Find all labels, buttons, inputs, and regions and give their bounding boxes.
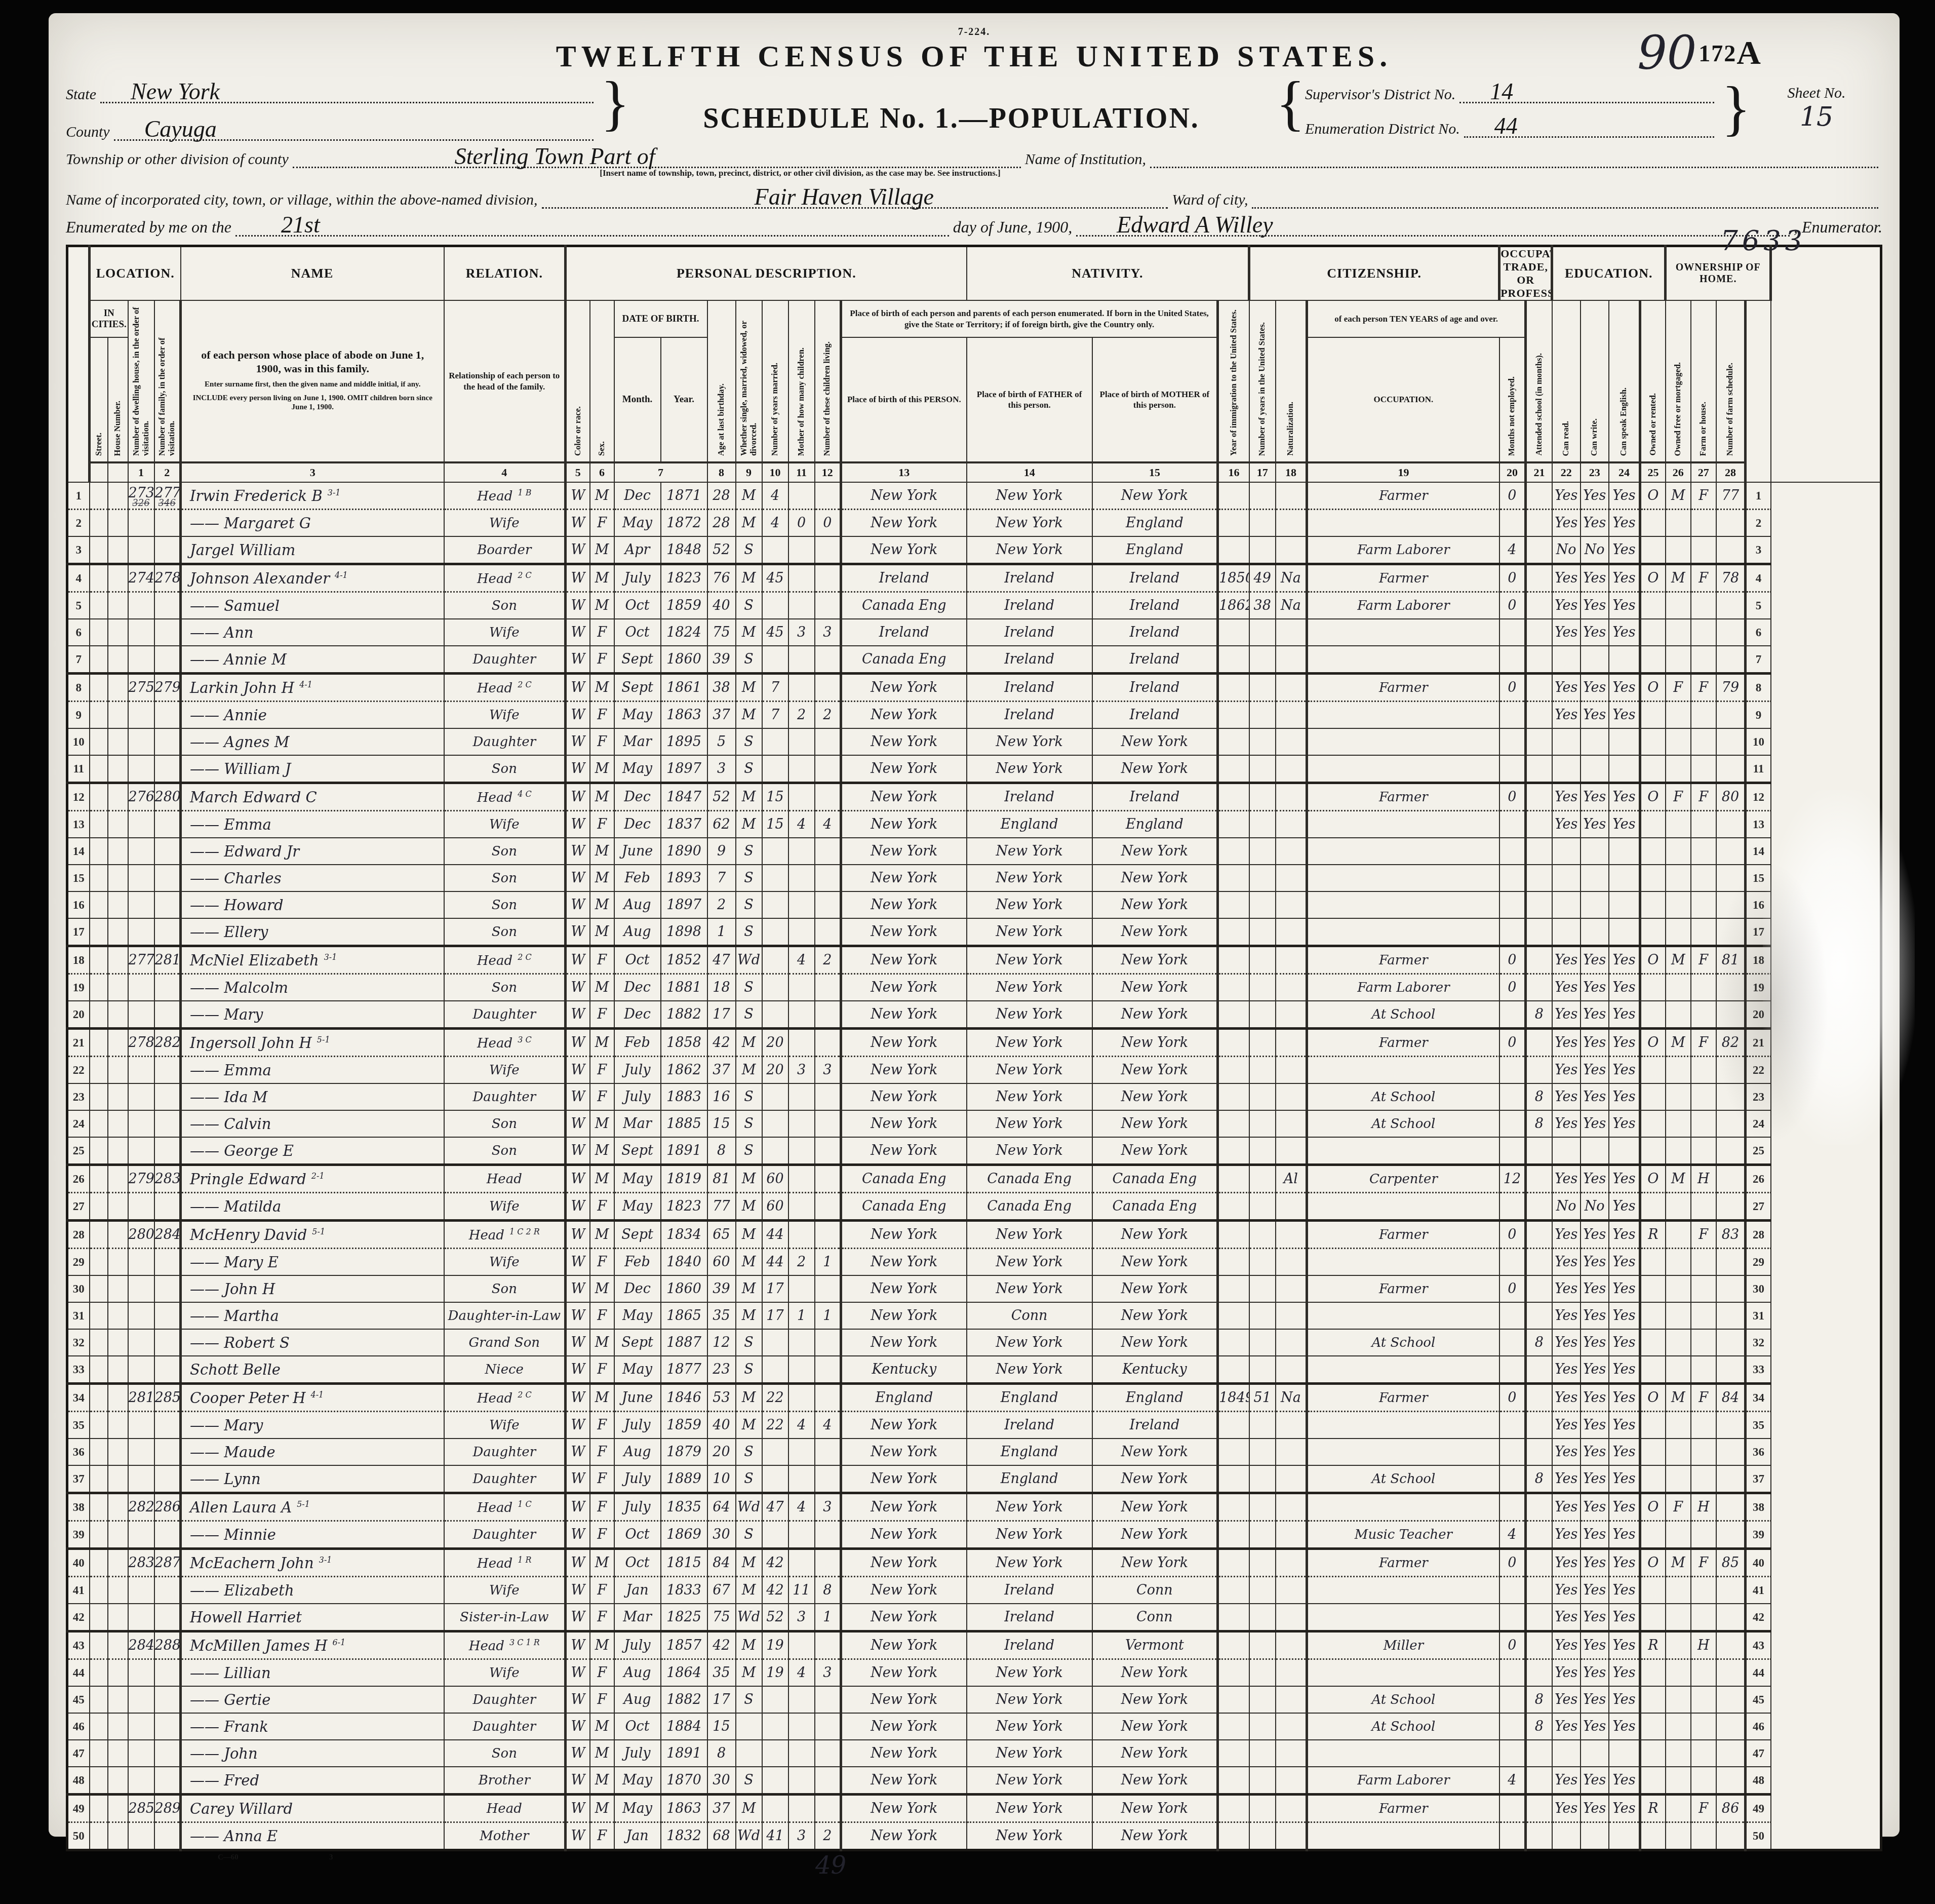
footer-handwritten-mark: 49 [815, 1851, 846, 1880]
cell-years-married [762, 1465, 788, 1493]
cell-street [90, 1521, 108, 1549]
cell-color: W [566, 755, 590, 783]
cell-can-read: Yes [1552, 482, 1581, 510]
cell-family-number [154, 1275, 181, 1302]
cell-marital-status: S [736, 891, 762, 918]
cell-years-in-us [1249, 1465, 1276, 1493]
row-number-left: 31 [67, 1302, 90, 1329]
cell-marital-status: M [736, 1549, 762, 1577]
row-number-right: 27 [1746, 1193, 1771, 1221]
cell-birthplace-father: New York [967, 755, 1092, 783]
cell-family-number [154, 1713, 181, 1740]
cell-owned-free-or-mortgaged: F [1666, 1493, 1691, 1521]
cell-immigration-year [1218, 1249, 1249, 1276]
cell-color: W [566, 1329, 590, 1356]
cell-owned-free-or-mortgaged: M [1666, 946, 1691, 974]
cell-family-number [154, 1767, 181, 1795]
cell-person-name: Howell Harriet [181, 1604, 444, 1631]
cell-can-speak-english: Yes [1609, 1384, 1640, 1412]
cell-naturalization [1276, 865, 1307, 891]
cell-can-write: Yes [1581, 1493, 1609, 1521]
head-occupation-description: of each person TEN YEARS of age and over… [1307, 300, 1526, 337]
cell-birthplace-father: New York [967, 974, 1092, 1001]
cell-can-read: Yes [1552, 1767, 1581, 1795]
cell-street [90, 592, 108, 619]
cell-person-name: Carey Willard [181, 1795, 444, 1822]
cell-relation: Wife [444, 1412, 566, 1439]
district-block: Supervisor's District No. 14 Enumeration… [1305, 79, 1718, 138]
cell-relation: Daughter [444, 1521, 566, 1549]
cell-can-speak-english [1609, 891, 1640, 918]
cell-immigration-year [1218, 1137, 1249, 1165]
cell-can-speak-english: Yes [1609, 1549, 1640, 1577]
cell-years-in-us: 49 [1249, 564, 1276, 592]
cell-occupation: Music Teacher [1307, 1521, 1499, 1549]
cell-birthplace-father: New York [967, 918, 1092, 946]
cell-color: W [566, 1795, 590, 1822]
row-number-left: 4 [67, 564, 90, 592]
cell-birthplace-father: Ireland [967, 783, 1092, 811]
cell-age: 39 [707, 646, 736, 674]
row-number-left: 41 [67, 1577, 90, 1604]
cell-age: 62 [707, 811, 736, 838]
cell-owned-free-or-mortgaged [1666, 536, 1691, 564]
cell-sex: F [590, 728, 614, 755]
cell-relation: Wife [444, 1193, 566, 1221]
cell-mother-of-children: 4 [788, 1412, 815, 1439]
cell-occupation [1307, 891, 1499, 918]
cell-months-not-employed [1499, 1193, 1526, 1221]
cell-occupation: Farmer [1307, 674, 1499, 702]
cell-person-name: —— Howard [181, 891, 444, 918]
cell-farm-or-house [1691, 1001, 1716, 1029]
cell-attended-school: 8 [1526, 1713, 1552, 1740]
cell-years-in-us [1249, 1249, 1276, 1276]
cell-birth-year: 1859 [661, 592, 707, 619]
cell-dwelling-number [128, 1356, 154, 1384]
cell-birthplace-person: New York [841, 1439, 967, 1465]
cell-children-living [815, 1465, 841, 1493]
cell-sex: M [590, 891, 614, 918]
cell-immigration-year [1218, 1221, 1249, 1249]
cell-birthplace-person: New York [841, 1631, 967, 1659]
cell-dwelling-number [128, 865, 154, 891]
cell-owned-or-rented [1640, 838, 1666, 865]
cell-owned-free-or-mortgaged [1666, 702, 1691, 729]
cell-relation: Head3 C 1 R [444, 1631, 566, 1659]
cell-street [90, 1740, 108, 1767]
cell-years-married [762, 1083, 788, 1110]
cell-can-write: Yes [1581, 1057, 1609, 1084]
cell-can-read: Yes [1552, 1686, 1581, 1713]
table-row: 10—— Agnes MDaughterWFMar18955SNew YorkN… [67, 728, 1881, 755]
cell-birth-year: 1847 [661, 783, 707, 811]
cell-can-read: Yes [1552, 1795, 1581, 1822]
cell-marital-status: S [736, 1356, 762, 1384]
cell-street [90, 1221, 108, 1249]
cell-can-read: Yes [1552, 619, 1581, 646]
cell-dwelling-number: 273326 [128, 482, 154, 510]
cell-farm-or-house [1691, 1713, 1716, 1740]
cell-children-living [815, 1275, 841, 1302]
cell-birthplace-person: New York [841, 1549, 967, 1577]
cell-years-in-us [1249, 646, 1276, 674]
cell-farm-schedule-number: 86 [1716, 1795, 1746, 1822]
head-color: Color or race. [566, 300, 590, 462]
cell-children-living: 2 [815, 946, 841, 974]
cell-marital-status: M [736, 1631, 762, 1659]
cell-birthplace-mother: New York [1092, 1493, 1218, 1521]
cell-sex: M [590, 974, 614, 1001]
cell-years-married [762, 1356, 788, 1384]
cell-birthplace-father: Ireland [967, 646, 1092, 674]
row-number-right: 5 [1746, 592, 1771, 619]
cell-birth-year: 1887 [661, 1329, 707, 1356]
cell-months-not-employed: 0 [1499, 592, 1526, 619]
head-can-write: Can write. [1581, 300, 1609, 462]
cell-person-name: —— Lillian [181, 1659, 444, 1687]
cell-years-married: 52 [762, 1604, 788, 1631]
cell-person-name: —— Calvin [181, 1110, 444, 1137]
cell-color: W [566, 1412, 590, 1439]
cell-attended-school [1526, 1302, 1552, 1329]
cell-owned-free-or-mortgaged [1666, 1740, 1691, 1767]
cell-birthplace-person: New York [841, 536, 967, 564]
state-value: New York [131, 78, 220, 105]
group-location: LOCATION. [90, 246, 181, 301]
cell-birth-month: Aug [614, 1686, 661, 1713]
cell-occupation [1307, 1356, 1499, 1384]
cell-birth-year: 1852 [661, 946, 707, 974]
cell-birthplace-mother: Ireland [1092, 674, 1218, 702]
cell-children-living: 1 [815, 1604, 841, 1631]
cell-can-speak-english: Yes [1609, 564, 1640, 592]
cell-birthplace-person: New York [841, 783, 967, 811]
cell-can-write: Yes [1581, 1083, 1609, 1110]
cell-occupation [1307, 1659, 1499, 1687]
row-number-right: 3 [1746, 536, 1771, 564]
cell-farm-or-house [1691, 1329, 1716, 1356]
row-number-left: 24 [67, 1110, 90, 1137]
cell-can-read: Yes [1552, 1057, 1581, 1084]
cell-can-speak-english: Yes [1609, 1521, 1640, 1549]
cell-attended-school [1526, 811, 1552, 838]
cell-children-living [815, 1713, 841, 1740]
cell-marital-status: M [736, 1577, 762, 1604]
cell-sex: M [590, 1329, 614, 1356]
cell-immigration-year [1218, 1110, 1249, 1137]
cell-farm-schedule-number [1716, 592, 1746, 619]
cell-sex: F [590, 946, 614, 974]
cell-months-not-employed [1499, 1001, 1526, 1029]
cell-immigration-year [1218, 1604, 1249, 1631]
cell-can-speak-english: Yes [1609, 1329, 1640, 1356]
head-occupation: OCCUPATION. [1307, 337, 1499, 462]
cell-farm-schedule-number [1716, 1686, 1746, 1713]
cell-naturalization [1276, 1001, 1307, 1029]
cell-years-married [762, 838, 788, 865]
table-row: 19—— MalcolmSonWMDec188118SNew YorkNew Y… [67, 974, 1881, 1001]
cell-birthplace-father: New York [967, 1659, 1092, 1687]
cell-family-number [154, 1521, 181, 1549]
cell-relation: Niece [444, 1356, 566, 1384]
cell-farm-or-house: F [1691, 1795, 1716, 1822]
cell-dwelling-number [128, 1110, 154, 1137]
cell-mother-of-children: 4 [788, 811, 815, 838]
cell-attended-school: 8 [1526, 1110, 1552, 1137]
cell-birthplace-person: New York [841, 1249, 967, 1276]
cell-can-speak-english: Yes [1609, 1493, 1640, 1521]
cell-owned-or-rented [1640, 918, 1666, 946]
cell-years-married: 22 [762, 1384, 788, 1412]
cell-street [90, 1686, 108, 1713]
cell-owned-or-rented [1640, 646, 1666, 674]
cell-age: 76 [707, 564, 736, 592]
cell-birthplace-person: New York [841, 1521, 967, 1549]
cell-birthplace-mother: New York [1092, 728, 1218, 755]
cell-birthplace-father: New York [967, 1029, 1092, 1057]
cell-mother-of-children [788, 1165, 815, 1193]
cell-owned-or-rented: R [1640, 1221, 1666, 1249]
cell-farm-or-house [1691, 536, 1716, 564]
cell-color: W [566, 564, 590, 592]
cell-farm-schedule-number [1716, 865, 1746, 891]
cell-farm-or-house [1691, 1110, 1716, 1137]
cell-months-not-employed [1499, 1465, 1526, 1493]
cell-can-read: Yes [1552, 1631, 1581, 1659]
cell-can-speak-english [1609, 728, 1640, 755]
row-number-left: 1 [67, 482, 90, 510]
cell-marital-status: M [736, 1029, 762, 1057]
cell-farm-or-house: F [1691, 946, 1716, 974]
row-number-left: 45 [67, 1686, 90, 1713]
cell-attended-school [1526, 1384, 1552, 1412]
row-number-right: 49 [1746, 1795, 1771, 1822]
cell-immigration-year [1218, 619, 1249, 646]
table-row: 8275279Larkin John H4-1Head2 CWMSept1861… [67, 674, 1881, 702]
cell-birth-year: 1862 [661, 1057, 707, 1084]
cell-occupation [1307, 1302, 1499, 1329]
cell-birthplace-mother: New York [1092, 1465, 1218, 1493]
cell-marital-status: S [736, 536, 762, 564]
cell-birth-month: June [614, 1384, 661, 1412]
cell-marital-status: S [736, 865, 762, 891]
cell-can-write: Yes [1581, 510, 1609, 537]
cell-mother-of-children: 3 [788, 1822, 815, 1850]
cell-farm-or-house [1691, 1302, 1716, 1329]
cell-farm-schedule-number [1716, 974, 1746, 1001]
cell-years-married [762, 646, 788, 674]
cell-birth-month: July [614, 564, 661, 592]
cell-marital-status: S [736, 838, 762, 865]
cell-owned-or-rented [1640, 1465, 1666, 1493]
cell-person-name: —— Ann [181, 619, 444, 646]
cell-dwelling-number: 280 [128, 1221, 154, 1249]
cell-birthplace-mother: England [1092, 1384, 1218, 1412]
cell-farm-schedule-number [1716, 1521, 1746, 1549]
cell-farm-or-house [1691, 1577, 1716, 1604]
cell-sex: M [590, 536, 614, 564]
cell-street [90, 674, 108, 702]
cell-birthplace-person: New York [841, 755, 967, 783]
cell-years-in-us [1249, 1137, 1276, 1165]
cell-street [90, 1275, 108, 1302]
cell-family-number: 280 [154, 783, 181, 811]
cell-relation: Wife [444, 811, 566, 838]
cell-children-living [815, 918, 841, 946]
cell-years-in-us [1249, 482, 1276, 510]
cell-farm-schedule-number [1716, 1302, 1746, 1329]
footer-print-number: 3 [329, 1853, 333, 1862]
cell-marital-status: S [736, 1110, 762, 1137]
cell-years-married: 17 [762, 1302, 788, 1329]
cell-farm-schedule-number [1716, 891, 1746, 918]
enumerated-pre: Enumerated by me on the [66, 218, 231, 237]
row-number-left: 18 [67, 946, 90, 974]
cell-birth-month: Sept [614, 674, 661, 702]
head-age: Age at last birthday. [707, 300, 736, 462]
cell-color: W [566, 1767, 590, 1795]
cell-months-not-employed [1499, 838, 1526, 865]
cell-person-name: Cooper Peter H4-1 [181, 1384, 444, 1412]
cell-marital-status: S [736, 1329, 762, 1356]
cell-owned-or-rented: R [1640, 1631, 1666, 1659]
cell-months-not-employed: 0 [1499, 1631, 1526, 1659]
cell-birthplace-person: Canada Eng [841, 1193, 967, 1221]
cell-sex: M [590, 1631, 614, 1659]
cell-can-speak-english: Yes [1609, 1713, 1640, 1740]
cell-occupation [1307, 1137, 1499, 1165]
cell-months-not-employed [1499, 1822, 1526, 1850]
cell-mother-of-children [788, 783, 815, 811]
cell-mother-of-children: 2 [788, 702, 815, 729]
cell-owned-free-or-mortgaged [1666, 1083, 1691, 1110]
cell-relation: Son [444, 891, 566, 918]
cell-sex: M [590, 564, 614, 592]
cell-farm-schedule-number: 81 [1716, 946, 1746, 974]
row-number-left: 15 [67, 865, 90, 891]
cell-street [90, 1057, 108, 1084]
cell-farm-or-house [1691, 918, 1716, 946]
cell-sex: F [590, 619, 614, 646]
sheet-label: Sheet No. [1751, 85, 1882, 102]
cell-marital-status: S [736, 1001, 762, 1029]
cell-attended-school [1526, 1577, 1552, 1604]
row-number-left: 11 [67, 755, 90, 783]
cell-owned-or-rented [1640, 592, 1666, 619]
cell-years-in-us [1249, 974, 1276, 1001]
cell-age: 39 [707, 1275, 736, 1302]
cell-owned-or-rented [1640, 1767, 1666, 1795]
cell-birthplace-person: New York [841, 1302, 967, 1329]
cell-farm-schedule-number [1716, 1356, 1746, 1384]
row-number-left: 36 [67, 1439, 90, 1465]
cell-farm-schedule-number [1716, 1057, 1746, 1084]
cell-farm-schedule-number [1716, 702, 1746, 729]
cell-birthplace-father: Ireland [967, 1412, 1092, 1439]
row-number-left: 40 [67, 1549, 90, 1577]
cell-dwelling-number [128, 1740, 154, 1767]
cell-owned-or-rented: O [1640, 564, 1666, 592]
cell-years-married [762, 536, 788, 564]
cell-attended-school [1526, 1412, 1552, 1439]
census-rows: 1273326277346Irwin Frederick B3-1Head1 B… [67, 482, 1881, 1850]
cell-birthplace-person: New York [841, 1577, 967, 1604]
cell-birthplace-father: New York [967, 1057, 1092, 1084]
cell-farm-schedule-number [1716, 619, 1746, 646]
cell-naturalization [1276, 1137, 1307, 1165]
row-number-left: 30 [67, 1275, 90, 1302]
cell-can-write: Yes [1581, 1356, 1609, 1384]
cell-farm-schedule-number [1716, 1822, 1746, 1850]
row-number-left: 17 [67, 918, 90, 946]
cell-can-speak-english: Yes [1609, 974, 1640, 1001]
cell-family-number: 283 [154, 1165, 181, 1193]
table-row: 29—— Mary EWifeWFFeb184060M4421New YorkN… [67, 1249, 1881, 1276]
cell-birthplace-father: Ireland [967, 1577, 1092, 1604]
footer-print-code: C—60 [218, 1853, 239, 1862]
cell-dwelling-number: 279 [128, 1165, 154, 1193]
cell-street [90, 1165, 108, 1193]
cell-house-number [108, 1001, 128, 1029]
cell-birthplace-person: New York [841, 1329, 967, 1356]
cell-attended-school [1526, 1493, 1552, 1521]
cell-years-married: 44 [762, 1249, 788, 1276]
cell-immigration-year [1218, 482, 1249, 510]
table-row: 3Jargel WilliamBoarderWMApr184852SNew Yo… [67, 536, 1881, 564]
cell-birthplace-father: New York [967, 891, 1092, 918]
cell-birthplace-father: Ireland [967, 674, 1092, 702]
cell-children-living: 0 [815, 510, 841, 537]
cell-owned-or-rented [1640, 1001, 1666, 1029]
cell-years-in-us [1249, 918, 1276, 946]
table-row: 35—— MaryWifeWFJuly185940M2244New YorkIr… [67, 1412, 1881, 1439]
cell-farm-or-house [1691, 811, 1716, 838]
cell-months-not-employed: 0 [1499, 1029, 1526, 1057]
cell-street [90, 510, 108, 537]
cell-street [90, 1439, 108, 1465]
cell-months-not-employed [1499, 728, 1526, 755]
cell-birthplace-person: New York [841, 1137, 967, 1165]
cell-years-married: 42 [762, 1577, 788, 1604]
cell-birth-month: July [614, 1412, 661, 1439]
cell-occupation [1307, 1193, 1499, 1221]
cell-birthplace-person: England [841, 1384, 967, 1412]
cell-years-in-us [1249, 1029, 1276, 1057]
cell-children-living [815, 1740, 841, 1767]
cell-house-number [108, 482, 128, 510]
table-row: 47—— JohnSonWMJuly18918New YorkNew YorkN… [67, 1740, 1881, 1767]
cell-months-not-employed [1499, 1740, 1526, 1767]
cell-marital-status: M [736, 674, 762, 702]
schedule-title: SCHEDULE No. 1.—POPULATION. [630, 102, 1273, 135]
cell-birthplace-mother: New York [1092, 1057, 1218, 1084]
cell-birth-year: 1898 [661, 918, 707, 946]
cell-dwelling-number: 276 [128, 783, 154, 811]
cell-person-name: McMillen James H6-1 [181, 1631, 444, 1659]
printed-page-suffix: A [1736, 34, 1761, 71]
cell-marital-status: M [736, 1795, 762, 1822]
cell-farm-or-house [1691, 891, 1716, 918]
head-farm-or-house: Farm or house. [1691, 300, 1716, 462]
cell-farm-schedule-number [1716, 1193, 1746, 1221]
cell-birth-month: July [614, 1493, 661, 1521]
state-line: New York [100, 98, 594, 103]
cell-family-number [154, 1001, 181, 1029]
cell-sex: M [590, 1137, 614, 1165]
cell-farm-or-house: F [1691, 564, 1716, 592]
ed-value: 44 [1494, 112, 1518, 139]
